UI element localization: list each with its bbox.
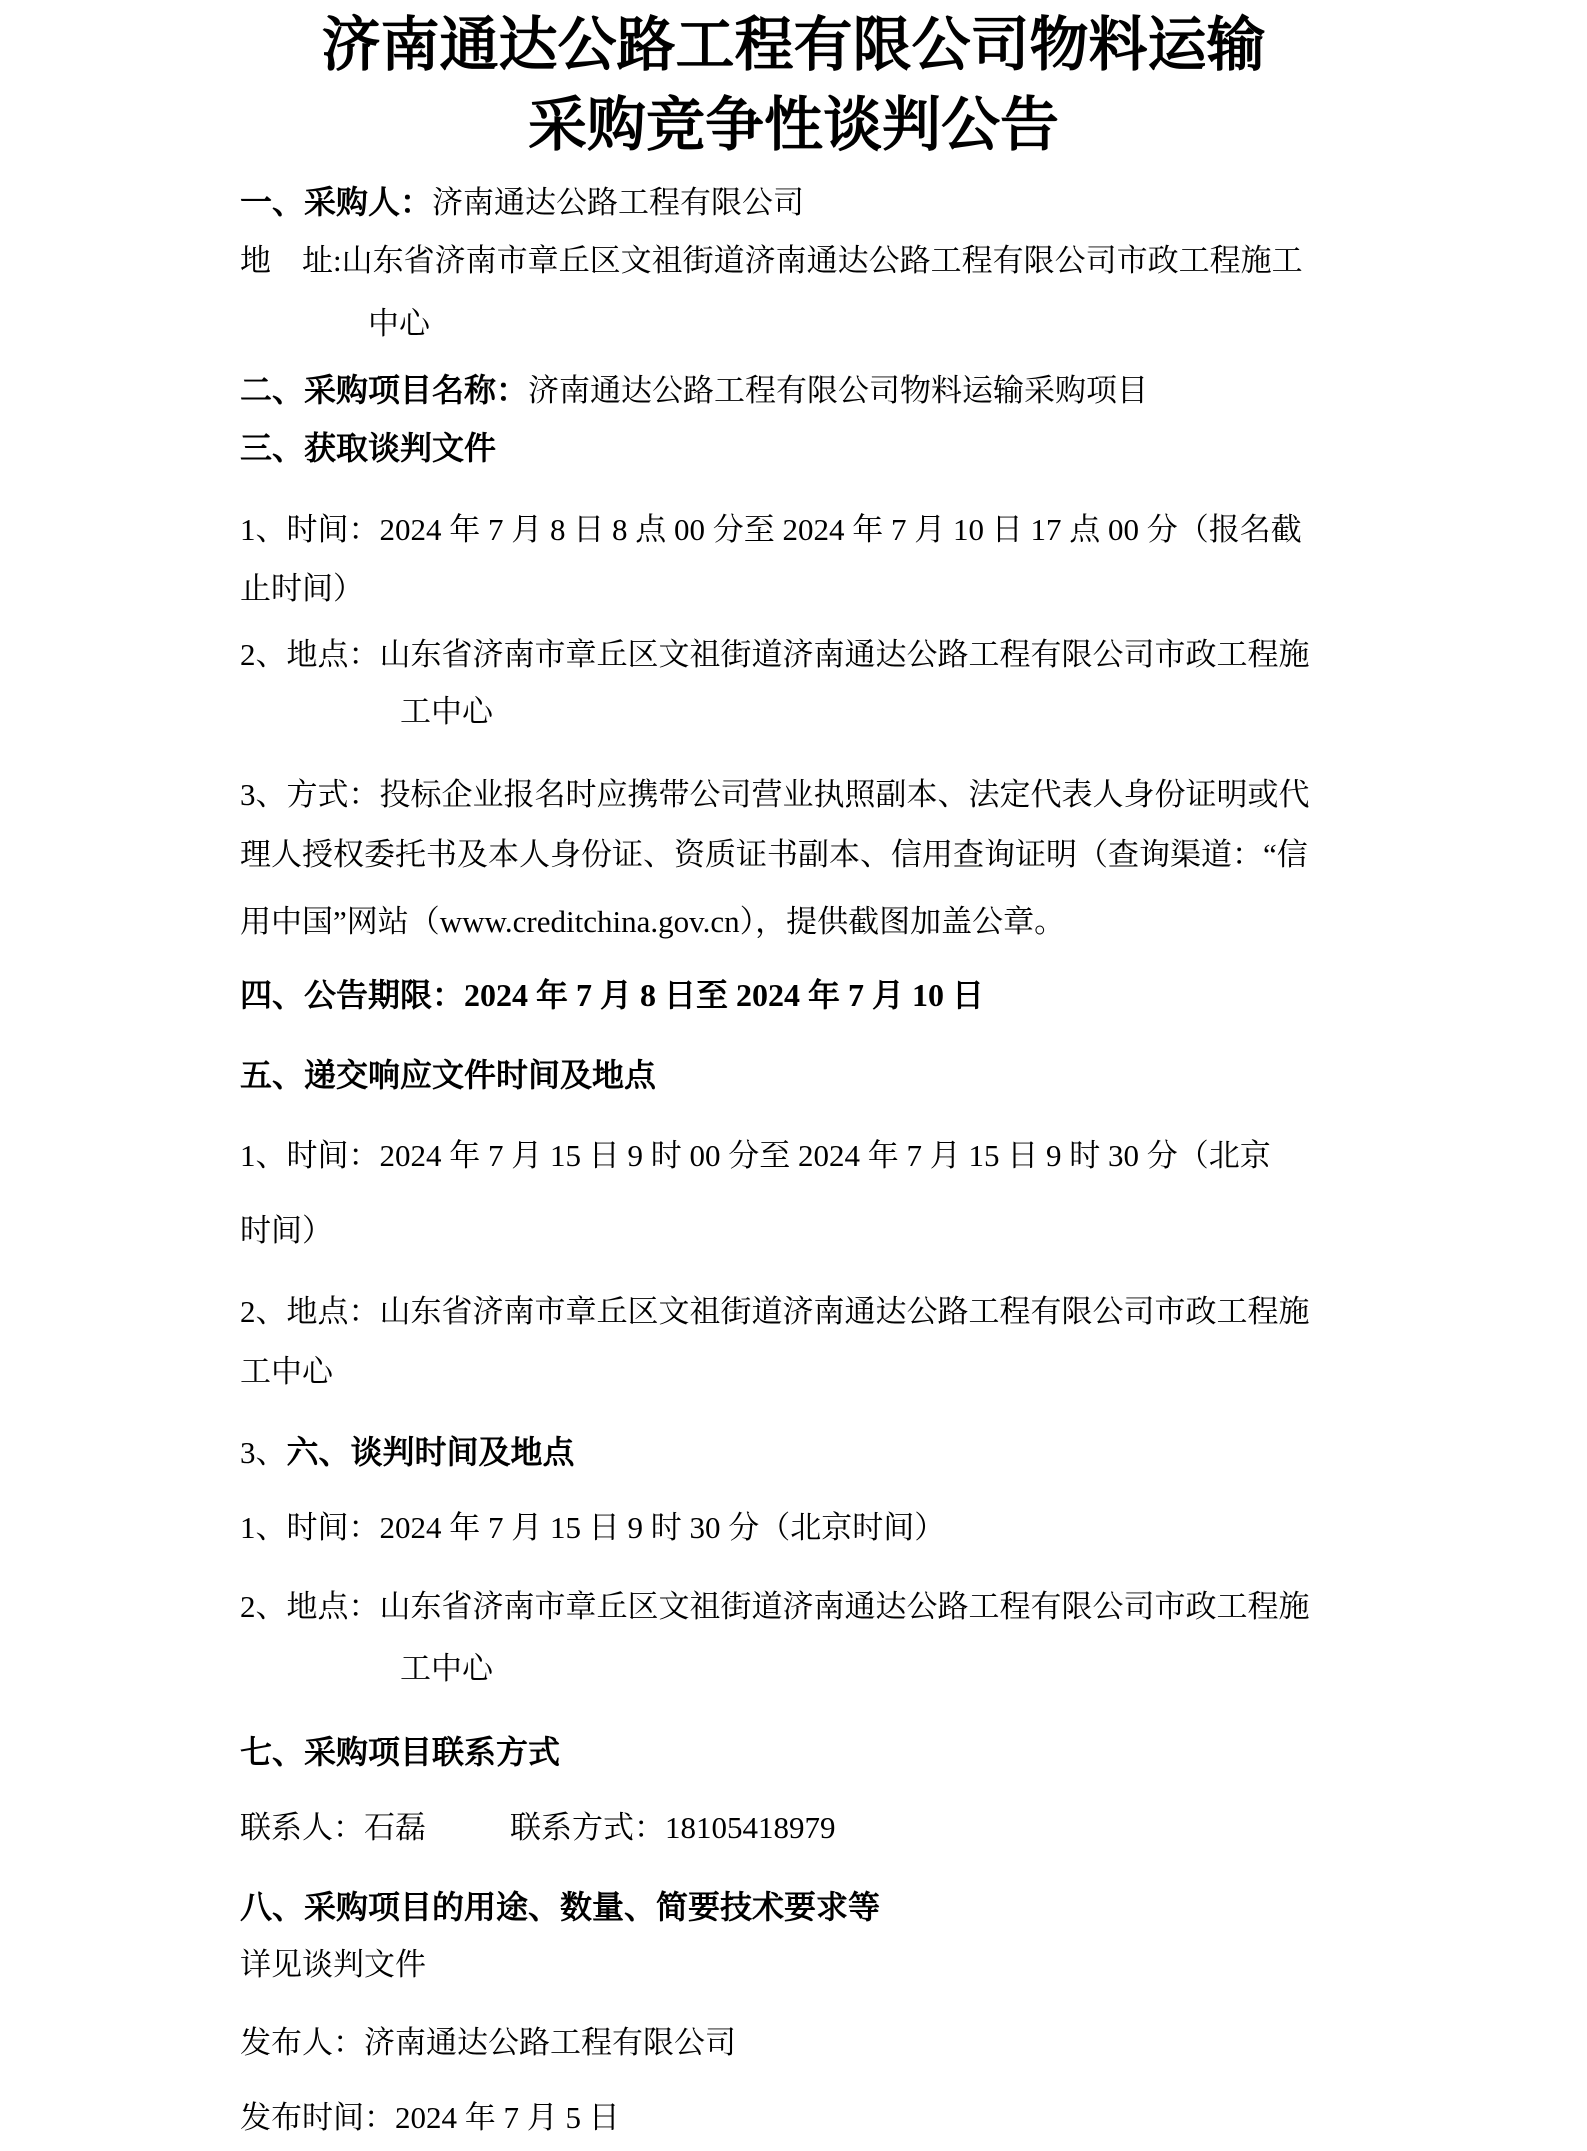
section-6-heading-line: 3、六、谈判时间及地点 xyxy=(240,1430,575,1475)
purchaser-line: 一、采购人：济南通达公路工程有限公司 xyxy=(240,180,804,225)
section-5-place-line: 2、地点：山东省济南市章丘区文祖街道济南通达公路工程有限公司市政工程施 xyxy=(240,1290,1310,1334)
section-8-heading: 八、采购项目的用途、数量、简要技术要求等 xyxy=(240,1885,880,1929)
publish-date-line: 发布时间：2024 年 7 月 5 日 xyxy=(240,2096,620,2140)
section-6-place-line-continued: 工中心 xyxy=(400,1647,493,1691)
publisher-line: 发布人：济南通达公路工程有限公司 xyxy=(240,2021,736,2065)
section-3-time-line: 1、时间：2024 年 7 月 8 日 8 点 00 分至 2024 年 7 月… xyxy=(240,508,1302,552)
doc-title-line-2: 采购竞争性谈判公告 xyxy=(0,92,1587,158)
section-5-time-line: 1、时间：2024 年 7 月 15 日 9 时 00 分至 2024 年 7 … xyxy=(240,1134,1271,1178)
doc-title-line-1: 济南通达公路工程有限公司物料运输 xyxy=(0,12,1587,78)
section-6-heading: 六、谈判时间及地点 xyxy=(287,1434,575,1470)
project-name-line: 二、采购项目名称：济南通达公路工程有限公司物料运输采购项目 xyxy=(240,368,1148,413)
address-line: 地 址:山东省济南市章丘区文祖街道济南通达公路工程有限公司市政工程施工 xyxy=(240,239,1303,283)
section-7-heading: 七、采购项目联系方式 xyxy=(240,1730,560,1774)
section-3-heading: 三、获取谈判文件 xyxy=(240,426,496,470)
section-3-method-line-3: 用中国”网站（www.creditchina.gov.cn），提供截图加盖公章。 xyxy=(240,900,1065,944)
project-name-label: 二、采购项目名称： xyxy=(240,372,528,408)
section-6-place-line: 2、地点：山东省济南市章丘区文祖街道济南通达公路工程有限公司市政工程施 xyxy=(240,1585,1310,1629)
section-5-place-line-continued: 工中心 xyxy=(240,1350,333,1394)
contact-method: 联系方式：18105418979 xyxy=(510,1810,836,1845)
address-line-continued: 中心 xyxy=(368,302,430,346)
announcement-document-page: 济南通达公路工程有限公司物料运输 采购竞争性谈判公告 一、采购人：济南通达公路工… xyxy=(0,0,1587,2151)
purchaser-value: 济南通达公路工程有限公司 xyxy=(432,185,804,220)
contact-line: 联系人：石磊联系方式：18105418979 xyxy=(240,1806,836,1850)
contact-person: 联系人：石磊 xyxy=(240,1810,426,1845)
project-name-value: 济南通达公路工程有限公司物料运输采购项目 xyxy=(528,373,1148,408)
section-8-detail-line: 详见谈判文件 xyxy=(240,1943,426,1987)
section-6-time-line: 1、时间：2024 年 7 月 15 日 9 时 30 分（北京时间） xyxy=(240,1506,945,1550)
purchaser-label: 一、采购人： xyxy=(240,184,432,220)
section-4-period-line: 四、公告期限：2024 年 7 月 8 日至 2024 年 7 月 10 日 xyxy=(240,973,984,1017)
section-5-heading: 五、递交响应文件时间及地点 xyxy=(240,1053,656,1097)
section-3-place-line: 2、地点：山东省济南市章丘区文祖街道济南通达公路工程有限公司市政工程施 xyxy=(240,633,1310,677)
section-3-method-line-1: 3、方式：投标企业报名时应携带公司营业执照副本、法定代表人身份证明或代 xyxy=(240,773,1310,817)
section-6-prefix: 3、 xyxy=(240,1435,287,1470)
section-3-time-line-continued: 止时间） xyxy=(240,567,364,611)
section-3-place-line-continued: 工中心 xyxy=(400,690,493,734)
section-5-time-line-continued: 时间） xyxy=(240,1209,333,1253)
section-3-method-line-2: 理人授权委托书及本人身份证、资质证书副本、信用查询证明（查询渠道：“信 xyxy=(240,833,1308,877)
